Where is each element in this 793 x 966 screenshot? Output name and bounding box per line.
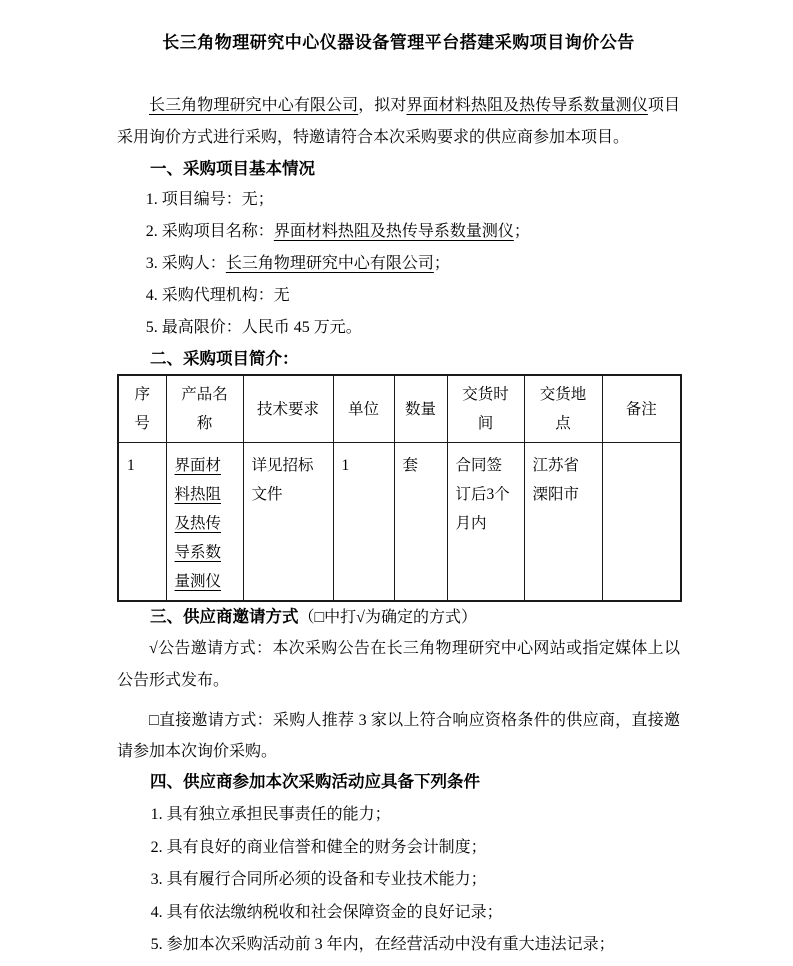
cell-delivery-place: 江苏省溧阳市 bbox=[524, 443, 602, 602]
item-text: 4. 采购代理机构：无 bbox=[146, 287, 290, 304]
cell-remark bbox=[602, 443, 681, 602]
item-underlined: 长三角物理研究中心有限公司 bbox=[226, 255, 434, 272]
section4-item-3: 3. 具有履行合同所必须的设备和专业技术能力； bbox=[117, 864, 680, 897]
section1-item-3: 3. 采购人：长三角物理研究中心有限公司； bbox=[117, 248, 680, 280]
header-quantity: 数量 bbox=[394, 375, 447, 443]
section4-item-4: 4. 具有依法缴纳税收和社会保障资金的良好记录； bbox=[117, 897, 680, 930]
intro-paragraph: 长三角物理研究中心有限公司，拟对界面材料热阻及热传导系数量测仪项目采用询价方式进… bbox=[117, 90, 680, 154]
item-text: 5. 最高限价：人民币 45 万元。 bbox=[146, 319, 362, 336]
section1-item-2: 2. 采购项目名称：界面材料热阻及热传导系数量测仪； bbox=[117, 216, 680, 248]
header-product-name: 产品名称 bbox=[166, 375, 243, 443]
cell-quantity: 套 bbox=[394, 443, 447, 602]
table-header-row: 序号 产品名称 技术要求 单位 数量 交货时间 交货地点 备注 bbox=[118, 375, 681, 443]
header-unit: 单位 bbox=[333, 375, 394, 443]
item-suffix: ； bbox=[514, 223, 530, 240]
section4-item-1: 1. 具有独立承担民事责任的能力； bbox=[117, 799, 680, 832]
item-text: 1. 项目编号：无； bbox=[146, 191, 274, 208]
section3-heading-bold: 三、供应商邀请方式 bbox=[150, 608, 299, 626]
cell-product-name: 界面材料热阻及热传导系数量测仪 bbox=[166, 443, 243, 602]
section4-items: 1. 具有独立承担民事责任的能力； 2. 具有良好的商业信誉和健全的财务会计制度… bbox=[117, 799, 680, 962]
intro-company-underlined: 长三角物理研究中心有限公司 bbox=[149, 97, 358, 114]
section4-item-2: 2. 具有良好的商业信誉和健全的财务会计制度； bbox=[117, 832, 680, 865]
section4-heading: 四、供应商参加本次采购活动应具备下列条件 bbox=[150, 767, 680, 797]
section1-item-4: 4. 采购代理机构：无 bbox=[117, 280, 680, 312]
item-text: 3. 采购人： bbox=[146, 255, 226, 272]
item-suffix: ； bbox=[434, 255, 450, 272]
intro-item-underlined: 界面材料热阻及热传导系数量测仪 bbox=[406, 97, 647, 114]
header-delivery-place: 交货地点 bbox=[524, 375, 602, 443]
header-tech-requirement: 技术要求 bbox=[243, 375, 333, 443]
section1-item-5: 5. 最高限价：人民币 45 万元。 bbox=[117, 312, 680, 344]
section1-heading: 一、采购项目基本情况 bbox=[150, 154, 680, 184]
procurement-items-table: 序号 产品名称 技术要求 单位 数量 交货时间 交货地点 备注 1 界面材料热阻… bbox=[117, 374, 682, 602]
section4-item-5: 5. 参加本次采购活动前 3 年内，在经营活动中没有重大违法记录； bbox=[117, 929, 680, 962]
direct-invitation-paragraph: □直接邀请方式：采购人推荐 3 家以上符合响应资格条件的供应商，直接邀请参加本次… bbox=[117, 705, 680, 767]
cell-index: 1 bbox=[118, 443, 166, 602]
cell-unit: 1 bbox=[333, 443, 394, 602]
item-underlined: 界面材料热阻及热传导系数量测仪 bbox=[274, 223, 514, 240]
header-delivery-time: 交货时间 bbox=[447, 375, 524, 443]
intro-mid-text: ，拟对 bbox=[358, 97, 406, 114]
cell-delivery-time: 合同签订后3个月内 bbox=[447, 443, 524, 602]
cell-tech-requirement: 详见招标文件 bbox=[243, 443, 333, 602]
announce-invitation-paragraph: √公告邀请方式：本次采购公告在长三角物理研究中心网站或指定媒体上以公告形式发布。 bbox=[117, 633, 680, 697]
section1-item-1: 1. 项目编号：无； bbox=[117, 184, 680, 216]
document-title: 长三角物理研究中心仪器设备管理平台搭建采购项目询价公告 bbox=[117, 30, 680, 56]
section3-heading: 三、供应商邀请方式（□中打√为确定的方式） bbox=[150, 602, 680, 633]
table-row: 1 界面材料热阻及热传导系数量测仪 详见招标文件 1 套 合同签订后3个月内 江… bbox=[118, 443, 681, 602]
header-remark: 备注 bbox=[602, 375, 681, 443]
section2-heading: 二、采购项目简介： bbox=[150, 344, 680, 374]
document-page: 长三角物理研究中心仪器设备管理平台搭建采购项目询价公告 长三角物理研究中心有限公… bbox=[0, 0, 793, 966]
item-text: 2. 采购项目名称： bbox=[146, 223, 274, 240]
header-index: 序号 bbox=[118, 375, 166, 443]
section3-heading-note: （□中打√为确定的方式） bbox=[299, 609, 477, 626]
